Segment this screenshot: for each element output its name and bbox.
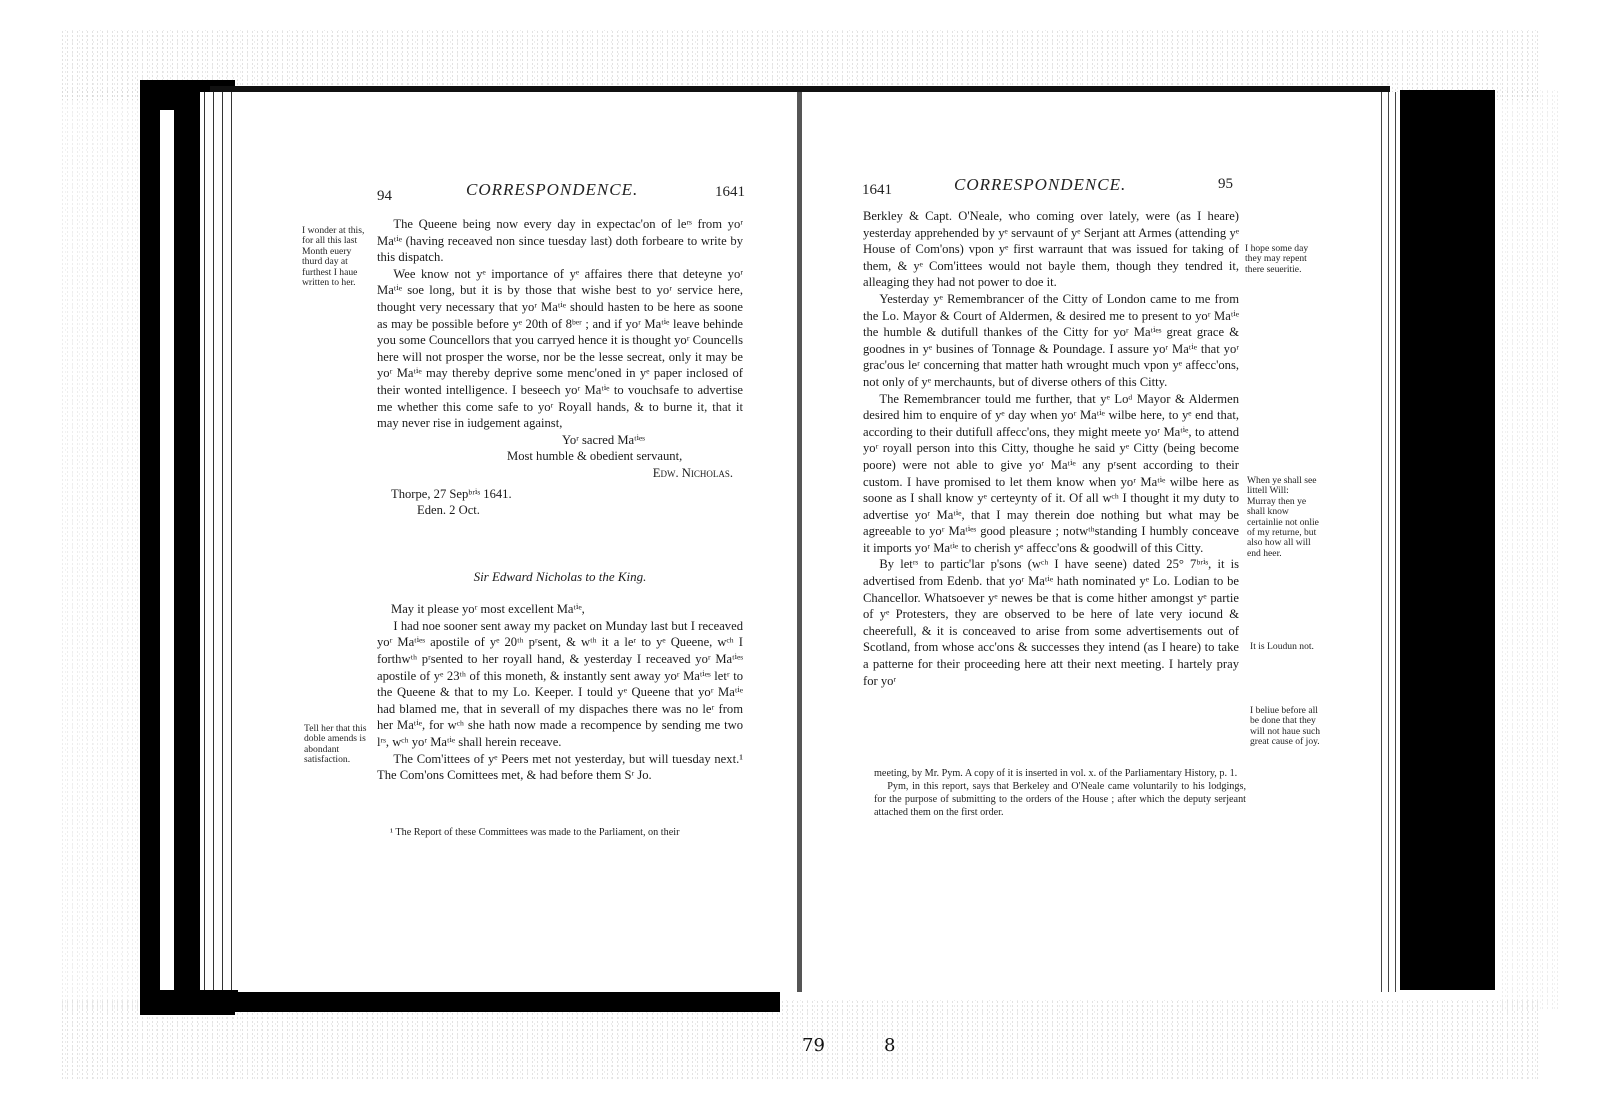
- right-margin-note-2: When ye shall see littell Will: Murray t…: [1247, 476, 1319, 559]
- paragraph: Wee know not yᵉ importance of yᵉ affaire…: [377, 266, 743, 432]
- left-margin-note-1: I wonder at this, for all this last Mont…: [302, 226, 372, 288]
- left-footnote: ¹ The Report of these Committees was mad…: [390, 826, 756, 839]
- left-running-title: CORRESPONDENCE.: [466, 180, 638, 200]
- left-margin-note-2: Tell her that this doble amends is abond…: [304, 724, 370, 766]
- handwritten-mark-1: 79: [802, 1035, 825, 1056]
- right-page-body: Berkley & Capt. O'Neale, who coming over…: [863, 208, 1239, 689]
- right-margin-note-1: I hope some day they may repent there se…: [1245, 244, 1317, 275]
- paragraph: Yesterday yᵉ Remembrancer of the Citty o…: [863, 291, 1239, 391]
- book-cover-bottom: [150, 990, 780, 1012]
- signature-name: Edw. Nicholas.: [377, 465, 743, 482]
- right-running-year: 1641: [862, 182, 892, 199]
- letter-heading: Sir Edward Nicholas to the King.: [377, 569, 743, 586]
- book-cover-right: [1400, 90, 1495, 990]
- signature-line-2: Most humble & obedient servaunt,: [377, 448, 743, 465]
- signature-line-1: Yoʳ sacred Maᵗⁱᵉˢ: [377, 432, 743, 449]
- paragraph: By letʳˢ to partic'lar p'sons (wᶜʰ I hav…: [863, 556, 1239, 689]
- page-edges-right: [1378, 92, 1400, 992]
- dateline-endorsement: Eden. 2 Oct.: [377, 502, 743, 519]
- left-page-body: The Queene being now every day in expect…: [377, 216, 743, 784]
- dateline-place: Thorpe, 27 Sepᵇʳⁱˢ 1641.: [377, 486, 743, 503]
- paragraph: Berkley & Capt. O'Neale, who coming over…: [863, 208, 1239, 291]
- paragraph: The Com'ittees of yᵉ Peers met not yeste…: [377, 751, 743, 784]
- left-page-number: 94: [377, 188, 392, 205]
- right-running-title: CORRESPONDENCE.: [954, 175, 1126, 195]
- scan-noise-bottom: [60, 1000, 1540, 1080]
- footnote-paragraph: meeting, by Mr. Pym. A copy of it is ins…: [874, 767, 1246, 780]
- paragraph: The Remembrancer tould me further, that …: [863, 391, 1239, 557]
- paragraph: The Queene being now every day in expect…: [377, 216, 743, 266]
- page-edges-left: [200, 92, 240, 997]
- scan-noise-left: [60, 90, 140, 1010]
- left-running-year: 1641: [715, 184, 745, 201]
- scan-noise-right: [1500, 90, 1560, 1010]
- right-footnote: meeting, by Mr. Pym. A copy of it is ins…: [874, 767, 1246, 819]
- right-margin-note-4: I beliue before all be done that they wi…: [1250, 706, 1322, 748]
- footnote-paragraph: Pym, in this report, says that Berkeley …: [874, 780, 1246, 819]
- salutation: May it please yoʳ most excellent Maᵗⁱᵉ,: [377, 601, 743, 618]
- handwritten-mark-2: 8: [884, 1035, 895, 1056]
- right-margin-note-3: It is Loudun not.: [1250, 642, 1322, 652]
- right-page-number: 95: [1218, 176, 1233, 193]
- book-cover-left-highlight: [160, 110, 174, 990]
- paragraph: I had noe sooner sent away my packet on …: [377, 618, 743, 751]
